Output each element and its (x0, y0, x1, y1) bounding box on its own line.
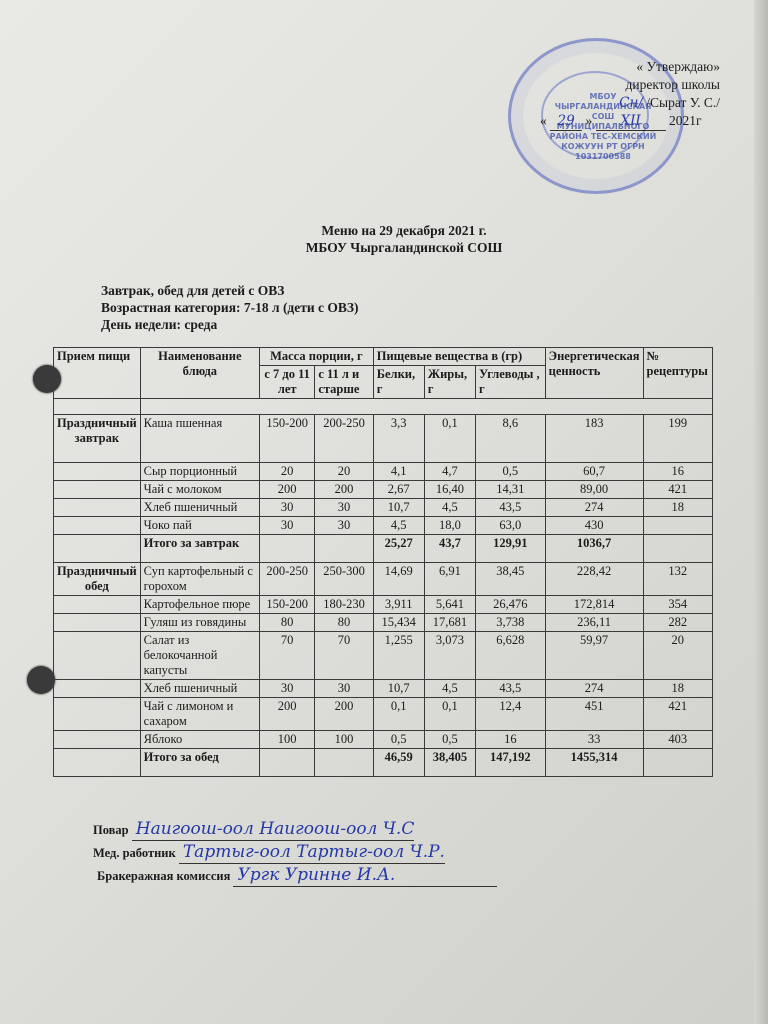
table-row: Сыр порционный20204,14,70,560,716 (54, 463, 713, 481)
menu-table: Прием пищи Наименование блюда Масса порц… (53, 347, 713, 777)
date-year: 2021г (669, 113, 702, 128)
table-row: Праздничный завтракКаша пшенная150-20020… (54, 415, 713, 463)
dish-name: Гуляш из говядины (140, 614, 259, 632)
spacer-cell (140, 399, 712, 415)
mass-7-11: 30 (260, 499, 315, 517)
header-mass: Масса порции, г (260, 348, 374, 366)
header-nutrients: Пищевые вещества в (гр) (373, 348, 545, 366)
recipe-number (643, 517, 712, 535)
meal-cell-empty (54, 698, 141, 731)
carbs: 6,628 (476, 632, 546, 680)
meal-cell-empty (54, 596, 141, 614)
fats: 4,5 (424, 680, 475, 698)
spacer-cell (54, 399, 141, 415)
recipe-number: 18 (643, 499, 712, 517)
proteins: 10,7 (373, 680, 424, 698)
recipe-number: 403 (643, 731, 712, 749)
signatures-block: Повар Наигоош-оол Наигоош-оол Ч.С Мед. р… (93, 818, 497, 887)
fats: 4,5 (424, 499, 475, 517)
carbs: 43,5 (476, 499, 546, 517)
menu-info: Завтрак, обед для детей с ОВЗ Возрастная… (101, 282, 359, 333)
approval-heading: « Утверждаю» (560, 58, 720, 76)
total-energy: 1036,7 (545, 535, 643, 563)
approval-date: « 29 » XII 2021г (540, 112, 720, 131)
director-name: /Сырат У. С./ (646, 95, 720, 110)
energy: 89,00 (545, 481, 643, 499)
mass-7-11: 150-200 (260, 415, 315, 463)
energy: 274 (545, 499, 643, 517)
header-mass-11-plus: с 11 л и старше (315, 366, 373, 399)
document-title: Меню на 29 декабря 2021 г. МБОУ Чыргалан… (0, 222, 768, 256)
proteins: 14,69 (373, 563, 424, 596)
header-fats: Жиры, г (424, 366, 475, 399)
mass-7-11: 200 (260, 698, 315, 731)
proteins: 1,255 (373, 632, 424, 680)
title-line-1: Меню на 29 декабря 2021 г. (0, 222, 768, 239)
approval-position: директор школы (560, 76, 720, 94)
header-meal: Прием пищи (54, 348, 141, 399)
title-line-2: МБОУ Чыргаландинской СОШ (0, 239, 768, 256)
fats: 18,0 (424, 517, 475, 535)
mass-empty (315, 749, 373, 777)
mass-11-plus: 200 (315, 698, 373, 731)
total-fats: 38,405 (424, 749, 475, 777)
mass-11-plus: 100 (315, 731, 373, 749)
mass-7-11: 200-250 (260, 563, 315, 596)
medic-signature: Тартыг-оол Тартыг-оол Ч.Р. (179, 841, 445, 864)
fats: 0,1 (424, 698, 475, 731)
header-recipe: № рецептуры (643, 348, 712, 399)
fats: 0,5 (424, 731, 475, 749)
meal-type-label: Праздничный завтрак (54, 415, 141, 463)
total-label: Итого за обед (140, 749, 259, 777)
mass-11-plus: 70 (315, 632, 373, 680)
dish-name: Сыр порционный (140, 463, 259, 481)
mass-11-plus: 180-230 (315, 596, 373, 614)
recipe-number: 421 (643, 698, 712, 731)
date-month: XII (596, 112, 666, 131)
energy: 172,814 (545, 596, 643, 614)
cook-label: Повар (93, 823, 129, 837)
header-mass-7-11: с 7 до 11 лет (260, 366, 315, 399)
dish-name: Чай с лимоном и сахаром (140, 698, 259, 731)
mass-7-11: 20 (260, 463, 315, 481)
dish-name: Чоко пай (140, 517, 259, 535)
page-edge-shadow (754, 0, 768, 1024)
mass-11-plus: 80 (315, 614, 373, 632)
carbs: 26,476 (476, 596, 546, 614)
proteins: 3,911 (373, 596, 424, 614)
recipe-empty (643, 535, 712, 563)
mass-empty (260, 535, 315, 563)
energy: 59,97 (545, 632, 643, 680)
fats: 3,073 (424, 632, 475, 680)
dish-name: Каша пшенная (140, 415, 259, 463)
recipe-number: 18 (643, 680, 712, 698)
recipe-number: 20 (643, 632, 712, 680)
info-age-category: Возрастная категория: 7-18 л (дети с ОВЗ… (101, 299, 359, 316)
carbs: 16 (476, 731, 546, 749)
table-row: Салат из белокочанной капусты70701,2553,… (54, 632, 713, 680)
proteins: 0,1 (373, 698, 424, 731)
fats: 0,1 (424, 415, 475, 463)
proteins: 2,67 (373, 481, 424, 499)
total-proteins: 46,59 (373, 749, 424, 777)
table-header-row-1: Прием пищи Наименование блюда Масса порц… (54, 348, 713, 366)
proteins: 3,3 (373, 415, 424, 463)
commission-label: Бракеражная комиссия (97, 869, 230, 883)
total-label: Итого за завтрак (140, 535, 259, 563)
date-quote-close: » (586, 113, 593, 128)
meal-cell-empty (54, 499, 141, 517)
proteins: 4,1 (373, 463, 424, 481)
cook-signature: Наигоош-оол Наигоош-оол Ч.С (132, 818, 415, 841)
table-row: Хлеб пшеничный303010,74,543,527418 (54, 680, 713, 698)
header-proteins: Белки, г (373, 366, 424, 399)
carbs: 63,0 (476, 517, 546, 535)
recipe-number: 199 (643, 415, 712, 463)
table-row: Яблоко1001000,50,51633403 (54, 731, 713, 749)
table-row: Чай с лимоном и сахаром2002000,10,112,44… (54, 698, 713, 731)
fats: 16,40 (424, 481, 475, 499)
carbs: 14,31 (476, 481, 546, 499)
energy: 274 (545, 680, 643, 698)
mass-11-plus: 250-300 (315, 563, 373, 596)
cook-signature-row: Повар Наигоош-оол Наигоош-оол Ч.С (93, 818, 497, 841)
mass-11-plus: 30 (315, 499, 373, 517)
meal-cell-empty (54, 731, 141, 749)
meal-cell-empty (54, 632, 141, 680)
fats: 6,91 (424, 563, 475, 596)
mass-7-11: 30 (260, 517, 315, 535)
medic-label: Мед. работник (93, 846, 176, 860)
approval-block: « Утверждаю» директор школы Сн/ /Сырат У… (560, 58, 720, 131)
energy: 60,7 (545, 463, 643, 481)
fats: 4,7 (424, 463, 475, 481)
carbs: 38,45 (476, 563, 546, 596)
mass-11-plus: 30 (315, 517, 373, 535)
recipe-number: 354 (643, 596, 712, 614)
fats: 5,641 (424, 596, 475, 614)
mass-7-11: 200 (260, 481, 315, 499)
mass-11-plus: 20 (315, 463, 373, 481)
dish-name: Чай с молоком (140, 481, 259, 499)
table-row: Праздничный обедСуп картофельный с горох… (54, 563, 713, 596)
commission-signature-row: Бракеражная комиссия Ургк Уринне И.А. (97, 864, 497, 887)
energy: 33 (545, 731, 643, 749)
energy: 236,11 (545, 614, 643, 632)
dish-name: Салат из белокочанной капусты (140, 632, 259, 680)
carbs: 8,6 (476, 415, 546, 463)
total-energy: 1455,314 (545, 749, 643, 777)
energy: 451 (545, 698, 643, 731)
total-fats: 43,7 (424, 535, 475, 563)
dish-name: Хлеб пшеничный (140, 499, 259, 517)
recipe-empty (643, 749, 712, 777)
approval-signature-line: Сн/ /Сырат У. С./ (560, 94, 720, 112)
table-row: Картофельное пюре150-200180-2303,9115,64… (54, 596, 713, 614)
meal-cell-empty (54, 680, 141, 698)
meal-cell-empty (54, 749, 141, 777)
header-energy: Энергетическая ценность (545, 348, 643, 399)
mass-7-11: 100 (260, 731, 315, 749)
table-row: Чоко пай30304,518,063,0430 (54, 517, 713, 535)
carbs: 12,4 (476, 698, 546, 731)
table-body: Праздничный завтракКаша пшенная150-20020… (54, 399, 713, 777)
punch-hole-bottom (27, 666, 55, 694)
mass-empty (260, 749, 315, 777)
proteins: 10,7 (373, 499, 424, 517)
meal-cell-empty (54, 463, 141, 481)
mass-7-11: 30 (260, 680, 315, 698)
proteins: 15,434 (373, 614, 424, 632)
table-row: Чай с молоком2002002,6716,4014,3189,0042… (54, 481, 713, 499)
meal-cell-empty (54, 614, 141, 632)
medic-signature-row: Мед. работник Тартыг-оол Тартыг-оол Ч.Р. (93, 841, 497, 864)
meal-type-label: Праздничный обед (54, 563, 141, 596)
mass-11-plus: 200 (315, 481, 373, 499)
carbs: 43,5 (476, 680, 546, 698)
spacer-row (54, 399, 713, 415)
recipe-number: 282 (643, 614, 712, 632)
info-weekday: День недели: среда (101, 316, 359, 333)
recipe-number: 132 (643, 563, 712, 596)
proteins: 4,5 (373, 517, 424, 535)
meal-cell-empty (54, 517, 141, 535)
total-proteins: 25,27 (373, 535, 424, 563)
mass-11-plus: 200-250 (315, 415, 373, 463)
mass-7-11: 150-200 (260, 596, 315, 614)
total-carbs: 147,192 (476, 749, 546, 777)
mass-7-11: 80 (260, 614, 315, 632)
header-carbs: Углеводы , г (476, 366, 546, 399)
table-row: Хлеб пшеничный303010,74,543,527418 (54, 499, 713, 517)
proteins: 0,5 (373, 731, 424, 749)
energy: 228,42 (545, 563, 643, 596)
meal-cell-empty (54, 481, 141, 499)
date-day: 29 (550, 112, 582, 131)
mass-11-plus: 30 (315, 680, 373, 698)
mass-7-11: 70 (260, 632, 315, 680)
carbs: 0,5 (476, 463, 546, 481)
dish-name: Суп картофельный с горохом (140, 563, 259, 596)
mass-empty (315, 535, 373, 563)
dish-name: Картофельное пюре (140, 596, 259, 614)
fats: 17,681 (424, 614, 475, 632)
header-dish: Наименование блюда (140, 348, 259, 399)
director-signature: Сн/ (619, 95, 643, 111)
meal-cell-empty (54, 535, 141, 563)
total-row: Итого за обед46,5938,405147,1921455,314 (54, 749, 713, 777)
recipe-number: 421 (643, 481, 712, 499)
total-carbs: 129,91 (476, 535, 546, 563)
date-quote-open: « (540, 113, 547, 128)
carbs: 3,738 (476, 614, 546, 632)
info-meals: Завтрак, обед для детей с ОВЗ (101, 282, 359, 299)
dish-name: Яблоко (140, 731, 259, 749)
commission-signature: Ургк Уринне И.А. (233, 864, 497, 887)
dish-name: Хлеб пшеничный (140, 680, 259, 698)
table-row: Гуляш из говядины808015,43417,6813,73823… (54, 614, 713, 632)
total-row: Итого за завтрак25,2743,7129,911036,7 (54, 535, 713, 563)
energy: 430 (545, 517, 643, 535)
recipe-number: 16 (643, 463, 712, 481)
energy: 183 (545, 415, 643, 463)
